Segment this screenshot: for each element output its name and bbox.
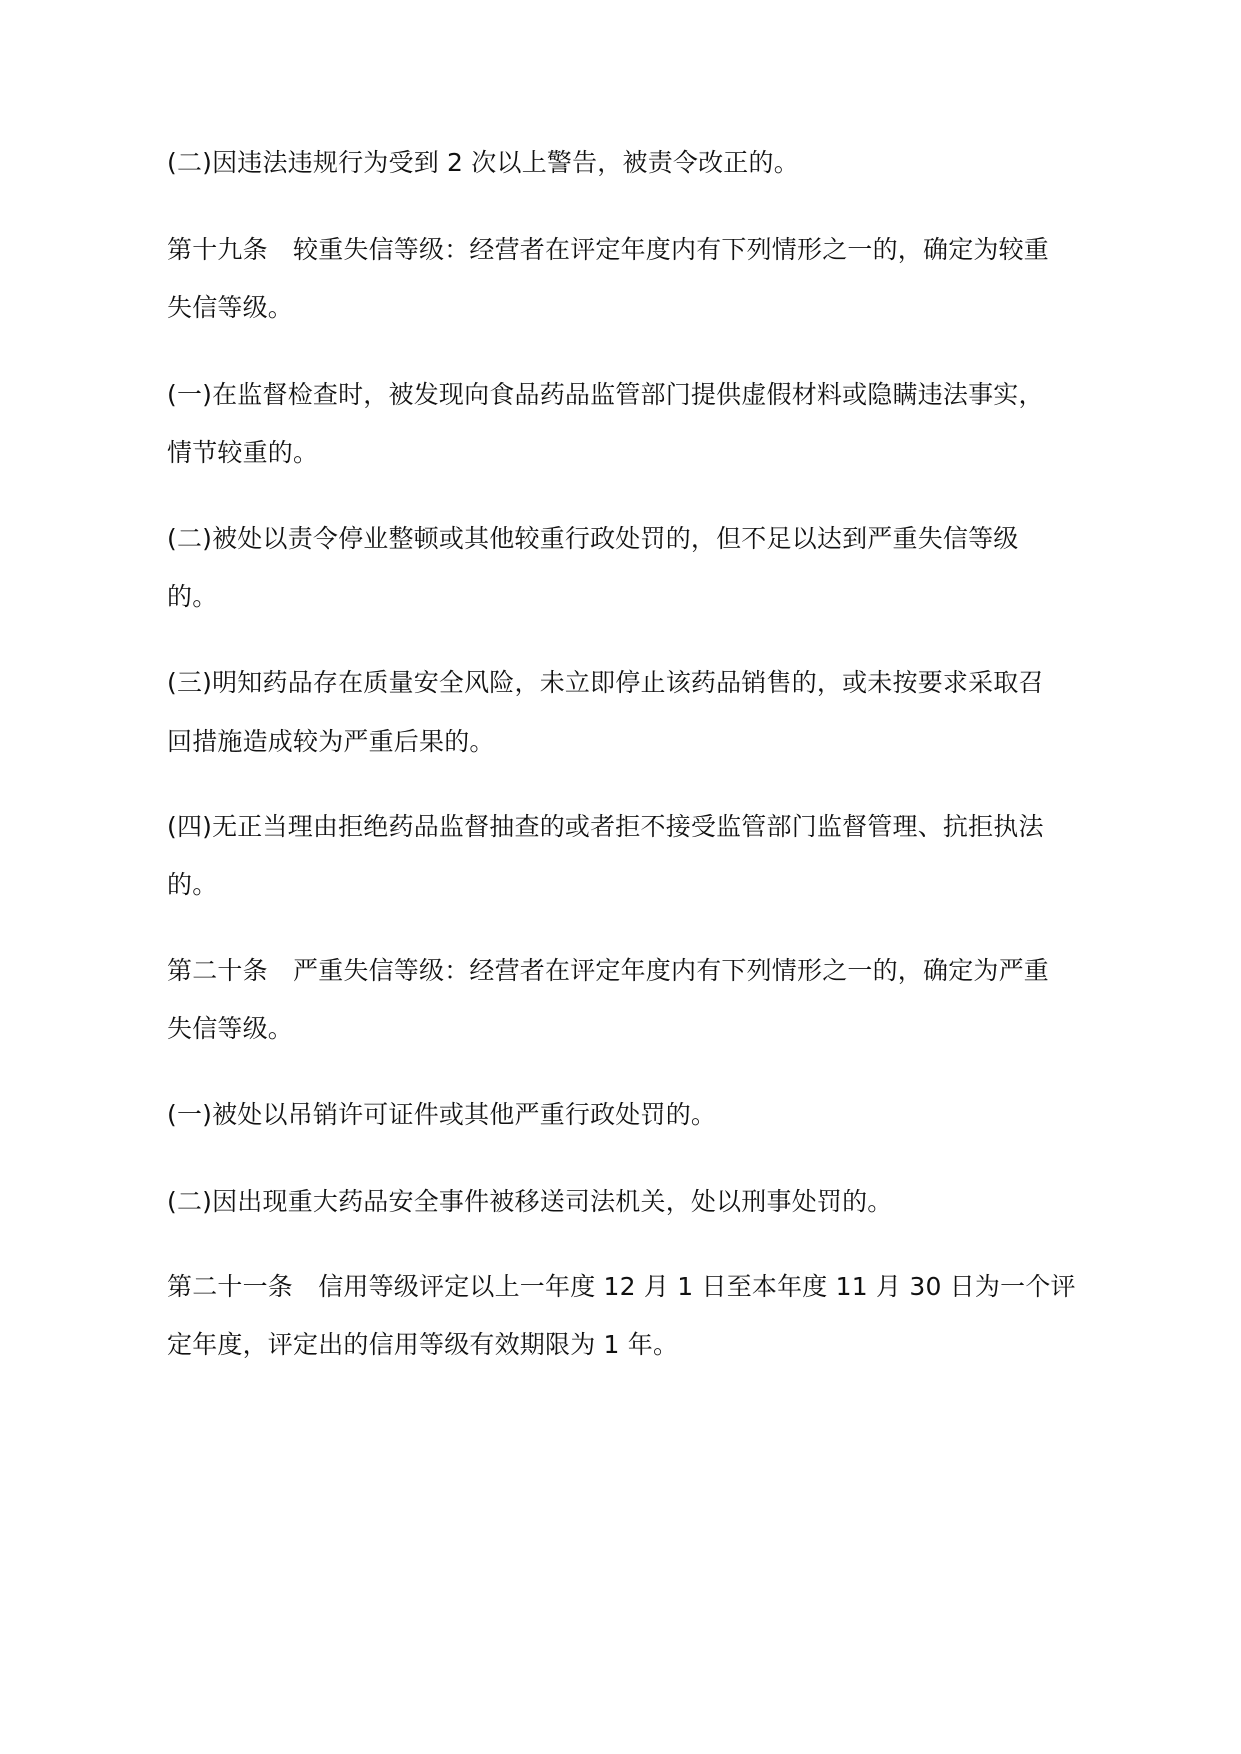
article-21-line-1: 第二十一条 信用等级评定以上一年度 12 月 1 日至本年度 11 月 30 日… [167, 1272, 1076, 1302]
paragraph-line: (二)因违法违规行为受到 2 次以上警告，被责令改正的。 [167, 148, 799, 178]
article-19-line-1: 第十九条 较重失信等级：经营者在评定年度内有下列情形之一的，确定为较重 [167, 235, 1049, 265]
paragraph-line: (二)被处以责令停业整顿或其他较重行政处罚的，但不足以达到严重失信等级 [167, 524, 1019, 554]
paragraph-line: (一)在监督检查时，被发现向食品药品监管部门提供虚假材料或隐瞒违法事实， [167, 380, 1044, 410]
article-20-line-1: 第二十条 严重失信等级：经营者在评定年度内有下列情形之一的，确定为严重 [167, 956, 1049, 986]
paragraph-line: 的。 [167, 870, 217, 900]
paragraph-line: (三)明知药品存在质量安全风险，未立即停止该药品销售的，或未按要求采取召 [167, 668, 1044, 698]
article-19-line-2: 失信等级。 [167, 293, 293, 323]
paragraph-line: 回措施造成较为严重后果的。 [167, 727, 495, 757]
paragraph-line: (二)因出现重大药品安全事件被移送司法机关，处以刑事处罚的。 [167, 1187, 893, 1217]
paragraph-line: (四)无正当理由拒绝药品监督抽查的或者拒不接受监管部门监督管理、抗拒执法 [167, 812, 1044, 842]
article-20-line-2: 失信等级。 [167, 1014, 293, 1044]
paragraph-line: 情节较重的。 [167, 438, 318, 468]
paragraph-line: (一)被处以吊销许可证件或其他严重行政处罚的。 [167, 1100, 716, 1130]
article-21-line-2: 定年度，评定出的信用等级有效期限为 1 年。 [167, 1330, 678, 1360]
paragraph-line: 的。 [167, 582, 217, 612]
document-page: (二)因违法违规行为受到 2 次以上警告，被责令改正的。 第十九条 较重失信等级… [0, 0, 1241, 1754]
